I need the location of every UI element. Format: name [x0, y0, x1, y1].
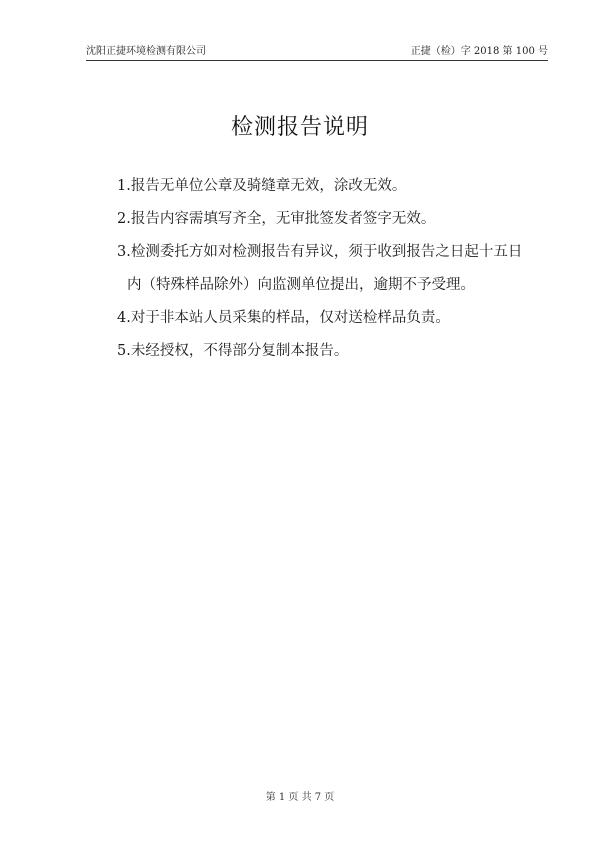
notes-list: 1.报告无单位公章及骑缝章无效，涂改无效。 2.报告内容需填写齐全，无审批签发者… — [117, 176, 517, 374]
note-item-3: 3.检测委托方如对检测报告有异议，须于收到报告之日起十五日 — [117, 242, 517, 275]
page-header: 沈阳正捷环境检测有限公司 正捷（检）字 2018 第 100 号 — [86, 46, 548, 61]
note-item-5: 5.未经授权，不得部分复制本报告。 — [117, 341, 517, 374]
note-item-3-continued: 内（特殊样品除外）向监测单位提出，逾期不予受理。 — [117, 275, 517, 308]
note-item-1: 1.报告无单位公章及骑缝章无效，涂改无效。 — [117, 176, 517, 209]
report-number: 正捷（检）字 2018 第 100 号 — [411, 46, 548, 58]
note-item-4: 4.对于非本站人员采集的样品，仅对送检样品负责。 — [117, 308, 517, 341]
page-title: 检测报告说明 — [0, 110, 600, 141]
note-item-2: 2.报告内容需填写齐全，无审批签发者签字无效。 — [117, 209, 517, 242]
page-footer: 第 1 页 共 7 页 — [0, 788, 600, 803]
company-name: 沈阳正捷环境检测有限公司 — [86, 46, 206, 58]
